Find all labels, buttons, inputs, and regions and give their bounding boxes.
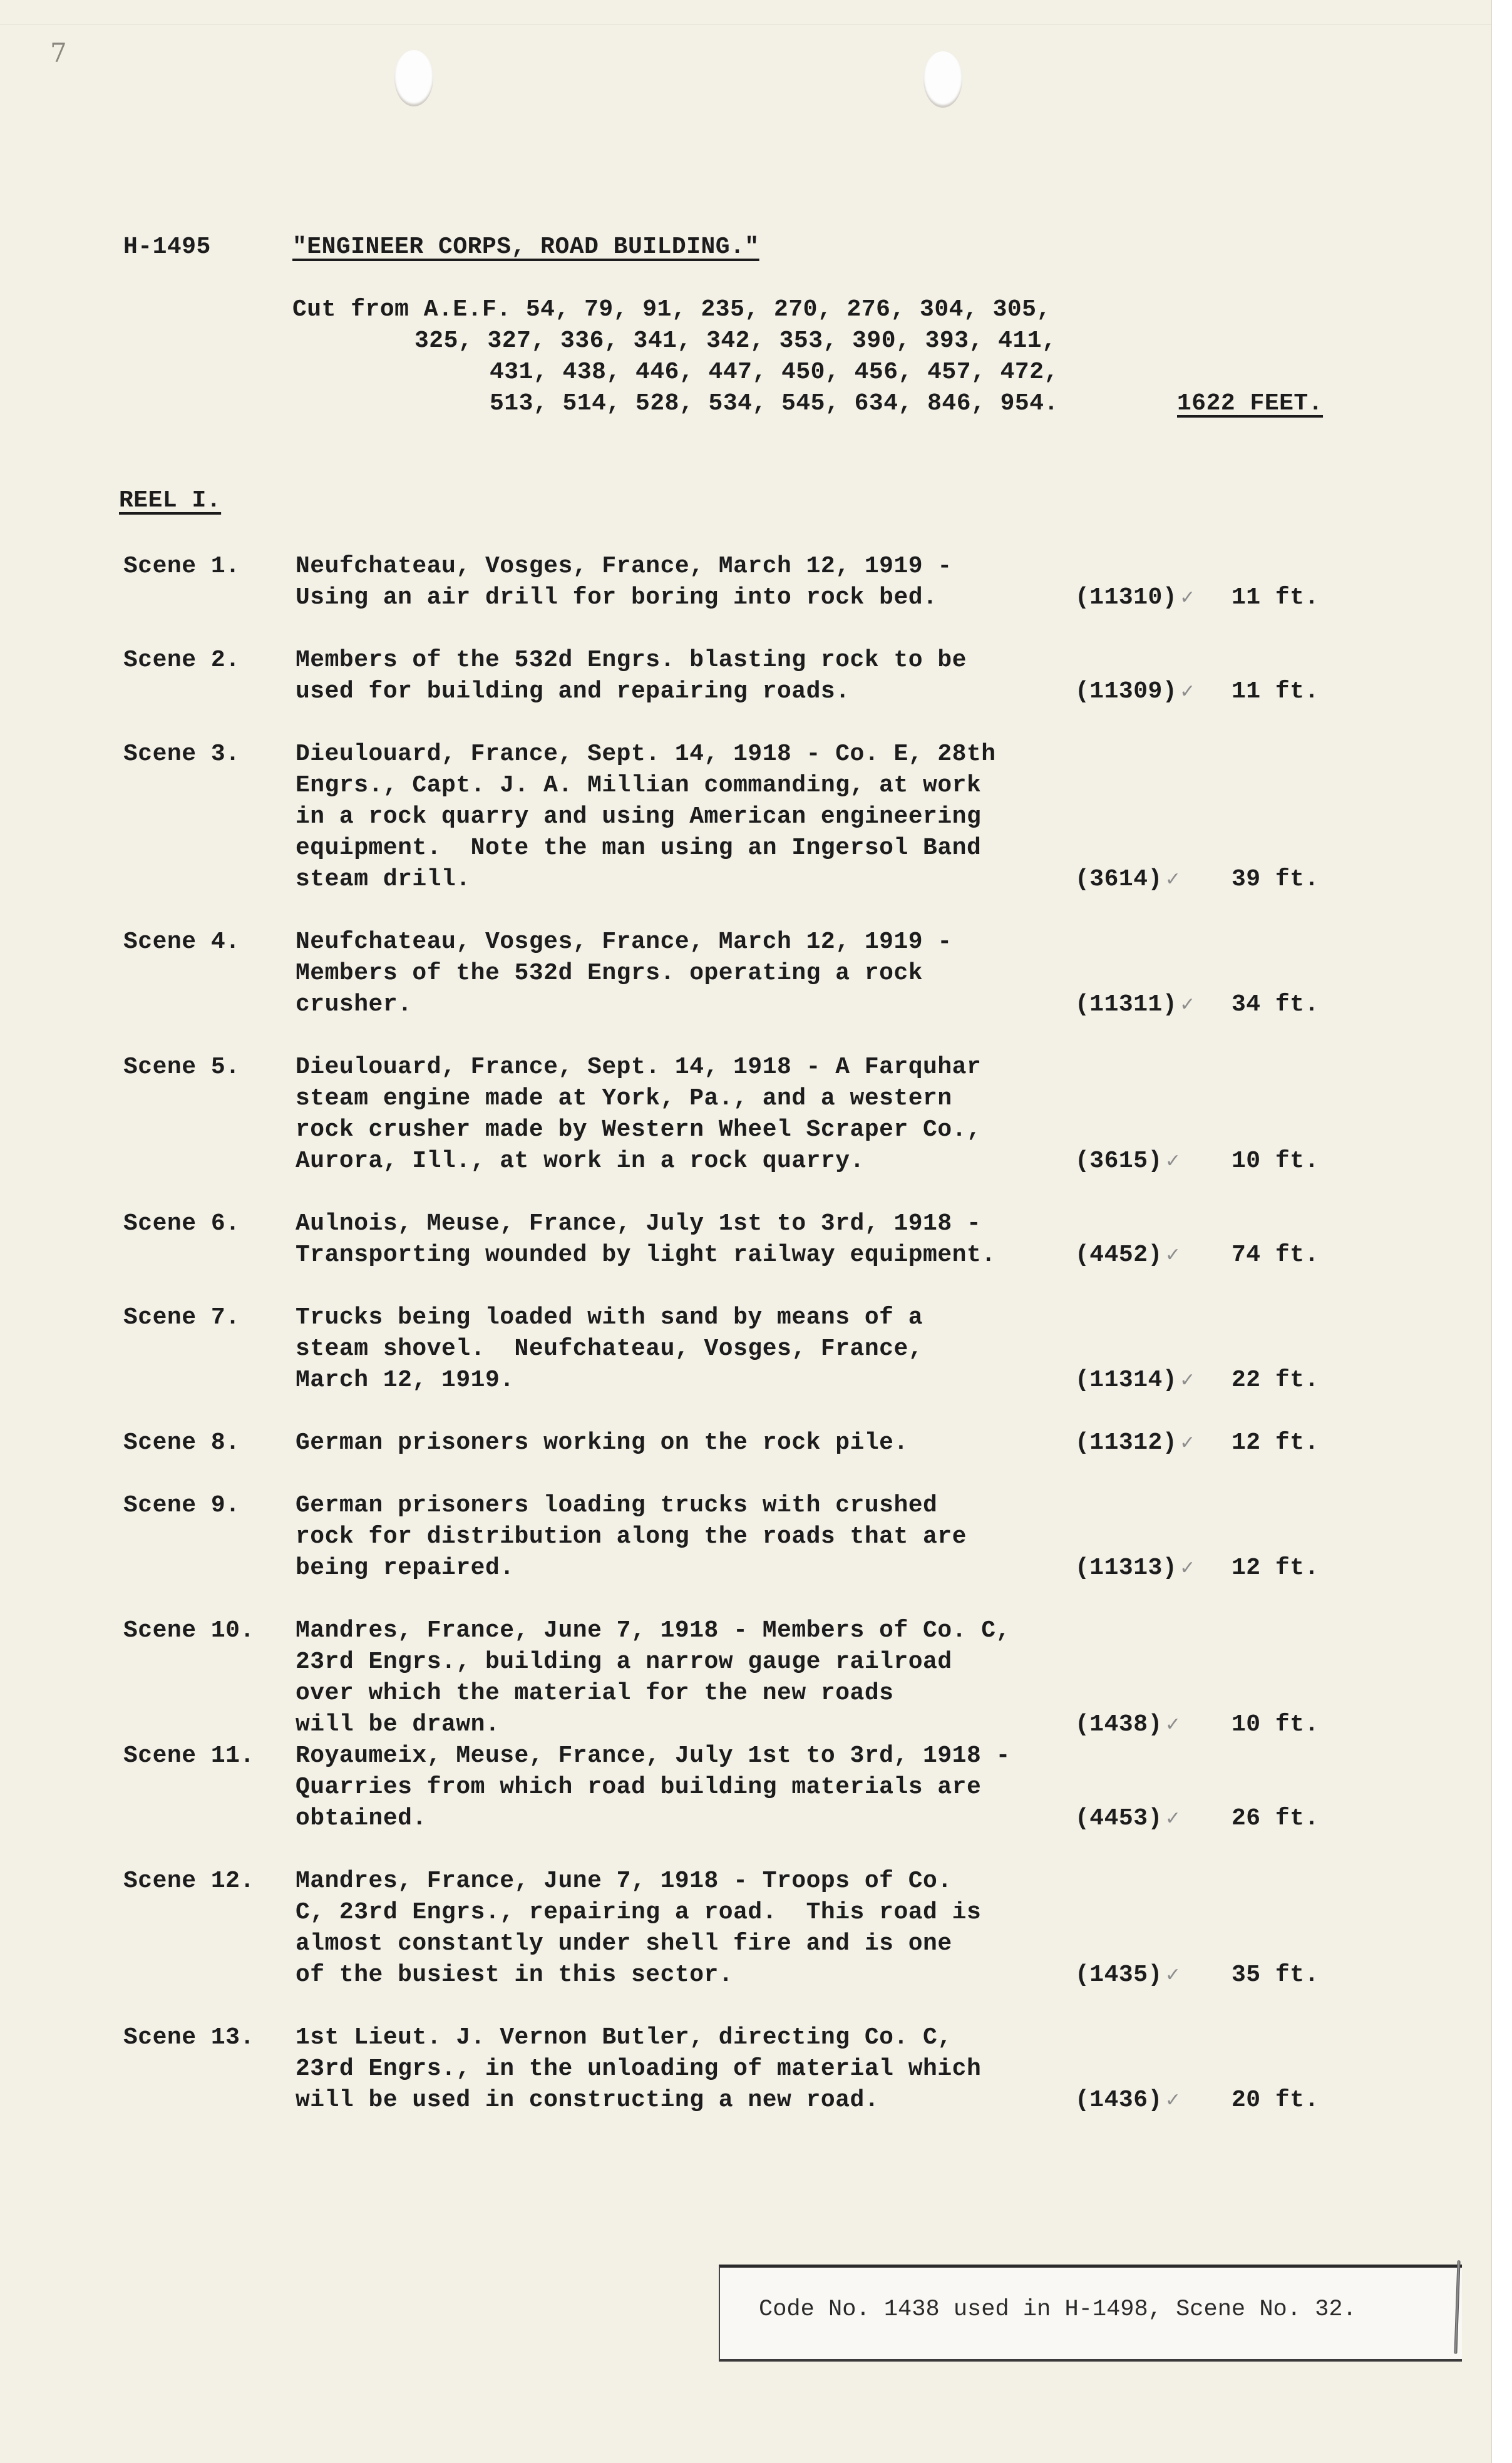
attached-note-text: Code No. 1438 used in H-1498, Scene No. … xyxy=(759,2296,1357,2323)
scene-label: Scene 12. xyxy=(123,1866,255,1897)
scene-label: Scene 10. xyxy=(123,1615,255,1647)
attached-note: Code No. 1438 used in H-1498, Scene No. … xyxy=(719,2265,1462,2362)
scene-code: (4452)✓ xyxy=(1075,1240,1181,1271)
scene-description-line: steam shovel. Neufchateau, Vosges, Franc… xyxy=(296,1334,923,1365)
cut-from-line-4: 513, 514, 528, 534, 545, 634, 846, 954. xyxy=(490,388,1059,419)
scene-description-line: Neufchateau, Vosges, France, March 12, 1… xyxy=(296,551,952,582)
scene-code: (11314)✓ xyxy=(1075,1365,1196,1396)
scene-code-text: (1435) xyxy=(1075,1962,1163,1988)
scene-code: (4453)✓ xyxy=(1075,1803,1181,1834)
check-mark-icon: ✓ xyxy=(1165,1150,1181,1172)
scene-description-line: will be used in constructing a new road. xyxy=(296,2085,879,2116)
scene-code: (11311)✓ xyxy=(1075,989,1196,1021)
scene-code-text: (3614) xyxy=(1075,866,1163,893)
scene-description-line: 23rd Engrs., in the unloading of materia… xyxy=(296,2054,981,2085)
scene-footage: 10 ft. xyxy=(1232,1709,1319,1741)
scene-description-line: German prisoners loading trucks with cru… xyxy=(296,1490,937,1521)
pencil-mark: 7 xyxy=(50,38,67,68)
scene-description-line: in a rock quarry and using American engi… xyxy=(296,801,981,833)
scene-footage: 34 ft. xyxy=(1232,989,1319,1021)
scene-description-line: steam engine made at York, Pa., and a we… xyxy=(296,1083,952,1114)
scene-description-line: Dieulouard, France, Sept. 14, 1918 - A F… xyxy=(296,1052,981,1083)
scene-footage: 11 ft. xyxy=(1232,582,1319,614)
scene-code-text: (3615) xyxy=(1075,1148,1163,1175)
scene-description-line: obtained. xyxy=(296,1803,427,1834)
scene-description-line: Aulnois, Meuse, France, July 1st to 3rd,… xyxy=(296,1208,981,1240)
scene-code-text: (1438) xyxy=(1075,1711,1163,1738)
scene-code-text: (1436) xyxy=(1075,2087,1163,2114)
check-mark-icon: ✓ xyxy=(1165,1807,1181,1829)
scene-code: (11310)✓ xyxy=(1075,582,1196,614)
cut-from-line-3: 431, 438, 446, 447, 450, 456, 457, 472, xyxy=(490,357,1059,388)
cut-from-line-1: Cut from A.E.F. 54, 79, 91, 235, 270, 27… xyxy=(292,294,1051,326)
scene-code: (11309)✓ xyxy=(1075,676,1196,707)
scene-code: (1435)✓ xyxy=(1075,1960,1181,1991)
scene-code: (3614)✓ xyxy=(1075,864,1181,895)
scene-description-line: almost constantly under shell fire and i… xyxy=(296,1928,952,1960)
scene-label: Scene 1. xyxy=(123,551,240,582)
scene-description-line: C, 23rd Engrs., repairing a road. This r… xyxy=(296,1897,981,1928)
check-mark-icon: ✓ xyxy=(1180,1432,1196,1454)
check-mark-icon: ✓ xyxy=(1165,868,1181,890)
scene-description-line: Mandres, France, June 7, 1918 - Members … xyxy=(296,1615,1011,1647)
scene-description-line: Aurora, Ill., at work in a rock quarry. xyxy=(296,1146,865,1177)
scene-description-line: rock for distribution along the roads th… xyxy=(296,1521,967,1553)
check-mark-icon: ✓ xyxy=(1165,1964,1181,1986)
scene-label: Scene 2. xyxy=(123,645,240,676)
scene-label: Scene 7. xyxy=(123,1302,240,1334)
scene-description-line: Transporting wounded by light railway eq… xyxy=(296,1240,996,1271)
scene-label: Scene 11. xyxy=(123,1741,255,1772)
scene-footage: 35 ft. xyxy=(1232,1960,1319,1991)
scene-code-text: (4452) xyxy=(1075,1242,1163,1268)
scene-description-line: will be drawn. xyxy=(296,1709,500,1741)
cut-from-line-2: 325, 327, 336, 341, 342, 353, 390, 393, … xyxy=(414,326,1056,357)
scene-code-text: (11310) xyxy=(1075,584,1177,611)
scene-code: (1438)✓ xyxy=(1075,1709,1181,1741)
scene-footage: 10 ft. xyxy=(1232,1146,1319,1177)
scene-description-line: equipment. Note the man using an Ingerso… xyxy=(296,833,981,864)
scene-label: Scene 3. xyxy=(123,739,240,770)
check-mark-icon: ✓ xyxy=(1180,681,1196,702)
scene-description-line: being repaired. xyxy=(296,1553,515,1584)
scene-code-text: (11312) xyxy=(1075,1429,1177,1456)
scene-code-text: (4453) xyxy=(1075,1805,1163,1832)
scene-code-text: (11309) xyxy=(1075,678,1177,705)
scene-description-line: German prisoners working on the rock pil… xyxy=(296,1427,908,1459)
scene-code-text: (11314) xyxy=(1075,1367,1177,1394)
scene-description-line: used for building and repairing roads. xyxy=(296,676,850,707)
scene-description-line: Quarries from which road building materi… xyxy=(296,1772,981,1803)
scene-description-line: 1st Lieut. J. Vernon Butler, directing C… xyxy=(296,2022,952,2054)
scene-footage: 20 ft. xyxy=(1232,2085,1319,2116)
scene-label: Scene 8. xyxy=(123,1427,240,1459)
scene-code: (11313)✓ xyxy=(1075,1553,1196,1584)
document-page: 7 H-1495 "ENGINEER CORPS, ROAD BUILDING.… xyxy=(0,0,1492,2463)
check-mark-icon: ✓ xyxy=(1165,2089,1181,2111)
scene-description-line: Members of the 532d Engrs. blasting rock… xyxy=(296,645,967,676)
scene-description-line: Mandres, France, June 7, 1918 - Troops o… xyxy=(296,1866,952,1897)
scene-description-line: Neufchateau, Vosges, France, March 12, 1… xyxy=(296,927,952,958)
scene-description-line: Royaumeix, Meuse, France, July 1st to 3r… xyxy=(296,1741,1011,1772)
document-title: "ENGINEER CORPS, ROAD BUILDING." xyxy=(292,232,759,263)
scene-description-line: crusher. xyxy=(296,989,412,1021)
scene-footage: 12 ft. xyxy=(1232,1553,1319,1584)
scene-code-text: (11313) xyxy=(1075,1555,1177,1581)
scene-description-line: of the busiest in this sector. xyxy=(296,1960,733,1991)
scene-code-text: (11311) xyxy=(1075,991,1177,1018)
scene-footage: 39 ft. xyxy=(1232,864,1319,895)
scene-description-line: Engrs., Capt. J. A. Millian commanding, … xyxy=(296,770,981,801)
punch-hole-right xyxy=(923,51,962,108)
scene-description-line: March 12, 1919. xyxy=(296,1365,515,1396)
scene-description-line: Members of the 532d Engrs. operating a r… xyxy=(296,958,923,989)
scene-description-line: Trucks being loaded with sand by means o… xyxy=(296,1302,923,1334)
scene-footage: 11 ft. xyxy=(1232,676,1319,707)
scene-footage: 26 ft. xyxy=(1232,1803,1319,1834)
check-mark-icon: ✓ xyxy=(1165,1244,1181,1266)
scene-footage: 74 ft. xyxy=(1232,1240,1319,1271)
scene-code: (3615)✓ xyxy=(1075,1146,1181,1177)
check-mark-icon: ✓ xyxy=(1180,1557,1196,1579)
scene-description-line: rock crusher made by Western Wheel Scrap… xyxy=(296,1114,981,1146)
scene-code: (1436)✓ xyxy=(1075,2085,1181,2116)
scene-code: (11312)✓ xyxy=(1075,1427,1196,1459)
scene-description-line: over which the material for the new road… xyxy=(296,1678,893,1709)
scene-footage: 12 ft. xyxy=(1232,1427,1319,1459)
scene-description-line: Dieulouard, France, Sept. 14, 1918 - Co.… xyxy=(296,739,996,770)
check-mark-icon: ✓ xyxy=(1180,994,1196,1016)
reel-heading: REEL I. xyxy=(119,485,221,517)
scene-description-line: Using an air drill for boring into rock … xyxy=(296,582,937,614)
scene-description-line: 23rd Engrs., building a narrow gauge rai… xyxy=(296,1647,952,1678)
scene-label: Scene 13. xyxy=(123,2022,255,2054)
scene-label: Scene 5. xyxy=(123,1052,240,1083)
scene-label: Scene 4. xyxy=(123,927,240,958)
scene-label: Scene 6. xyxy=(123,1208,240,1240)
scene-description-line: steam drill. xyxy=(296,864,471,895)
total-length: 1622 FEET. xyxy=(1177,388,1323,419)
punch-hole-left xyxy=(394,50,433,106)
check-mark-icon: ✓ xyxy=(1180,587,1196,609)
check-mark-icon: ✓ xyxy=(1180,1369,1196,1391)
scene-label: Scene 9. xyxy=(123,1490,240,1521)
check-mark-icon: ✓ xyxy=(1165,1714,1181,1735)
paper-fold xyxy=(0,24,1491,25)
document-id: H-1495 xyxy=(123,232,211,263)
scene-footage: 22 ft. xyxy=(1232,1365,1319,1396)
